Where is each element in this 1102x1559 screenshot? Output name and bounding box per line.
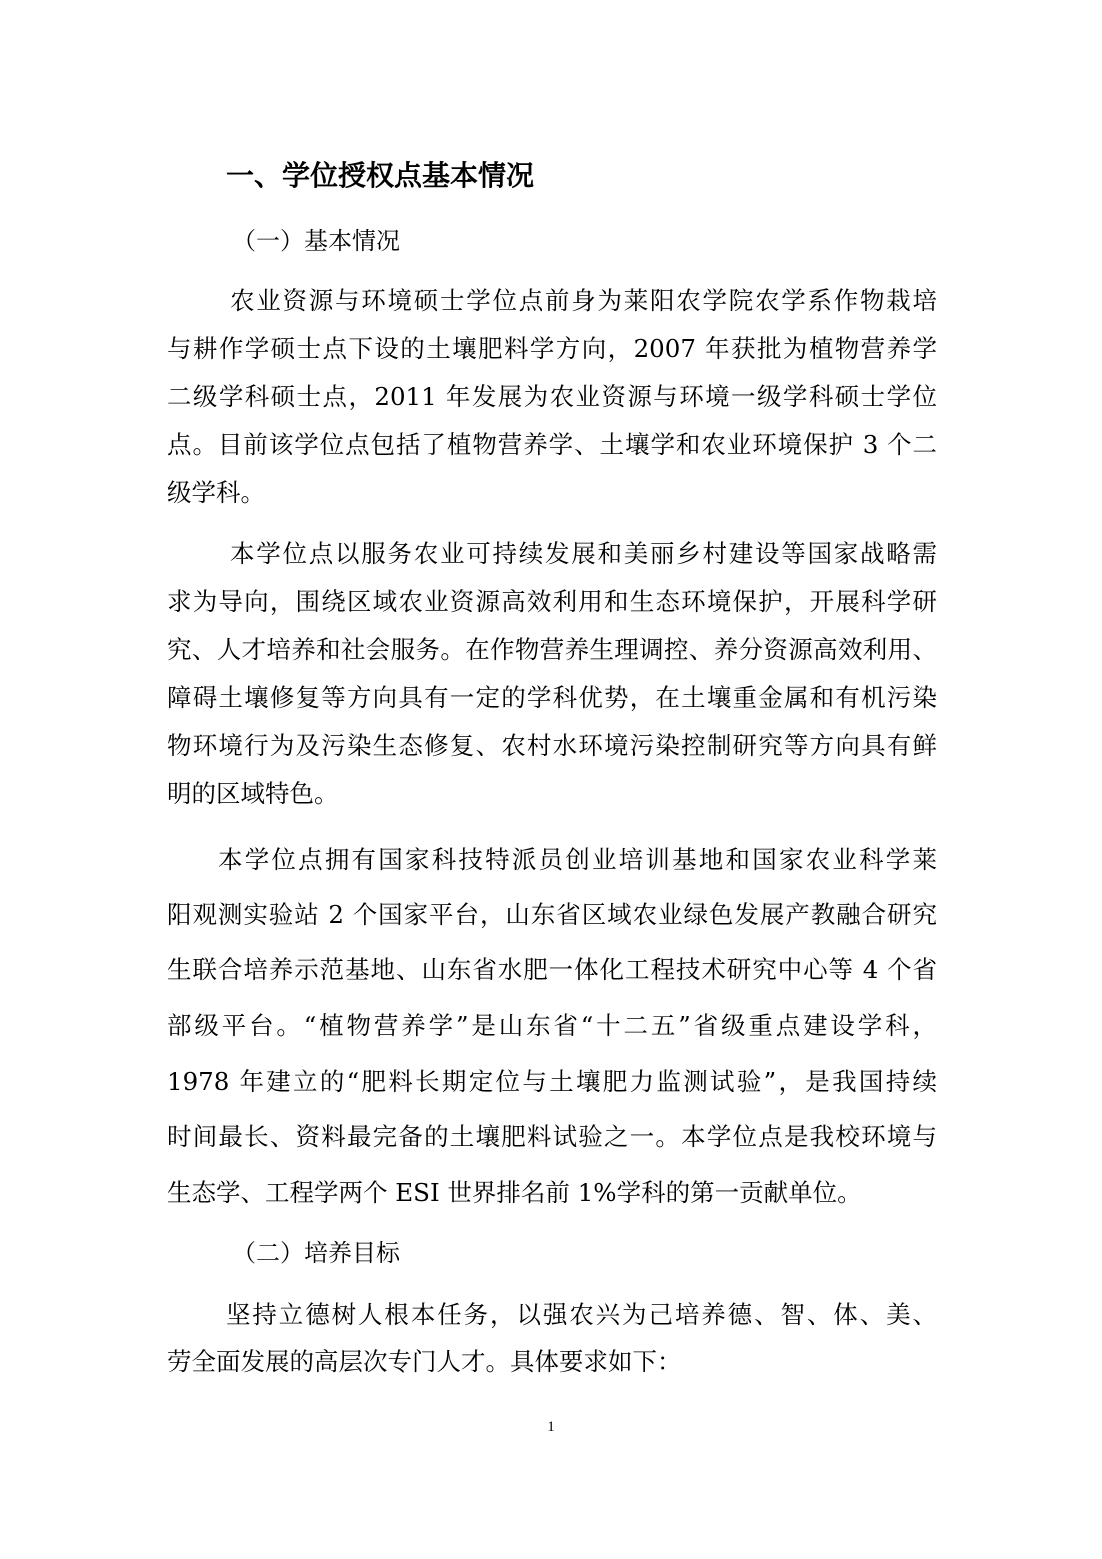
paragraph-line: 障碍土壤修复等方向具有一定的学科优势，在土壤重金属和有机污染 xyxy=(167,681,937,715)
paragraph-line: 阳观测实验站 2 个国家平台，山东省区域农业绿色发展产教融合研究 xyxy=(167,898,937,932)
page-number: 1 xyxy=(0,1417,1102,1437)
chapter-heading: 一、学位授权点基本情况 xyxy=(226,156,534,196)
paragraph-line: 本学位点以服务农业可持续发展和美丽乡村建设等国家战略需 xyxy=(230,537,937,571)
paragraph-line: 时间最长、资料最完备的土壤肥料试验之一。本学位点是我校环境与 xyxy=(167,1120,937,1154)
paragraph-line: 生态学、工程学两个 ESI 世界排名前 1%学科的第一贡献单位。 xyxy=(167,1176,937,1210)
paragraph-line: 级学科。 xyxy=(167,476,937,510)
paragraph-line: 究、人才培养和社会服务。在作物营养生理调控、养分资源高效利用、 xyxy=(167,633,937,667)
section-heading-basic-info: （一）基本情况 xyxy=(232,224,400,258)
paragraph-line: 1978 年建立的“肥料长期定位与土壤肥力监测试验”，是我国持续 xyxy=(167,1065,937,1099)
paragraph-line: 生联合培养示范基地、山东省水肥一体化工程技术研究中心等 4 个省 xyxy=(167,953,937,987)
paragraph-line: 本学位点拥有国家科技特派员创业培训基地和国家农业科学莱 xyxy=(218,843,937,877)
document-page: 一、学位授权点基本情况 （一）基本情况 农业资源与环境硕士学位点前身为莱阳农学院… xyxy=(0,0,1102,1559)
paragraph-line: 坚持立德树人根本任务，以强农兴为己培养德、智、体、美、 xyxy=(226,1298,937,1332)
paragraph-line: 物环境行为及污染生态修复、农村水环境污染控制研究等方向具有鲜 xyxy=(167,729,937,763)
paragraph-line: 求为导向，围绕区域农业资源高效利用和生态环境保护，开展科学研 xyxy=(167,585,937,619)
paragraph-line: 与耕作学硕士点下设的土壤肥料学方向，2007 年获批为植物营养学 xyxy=(167,332,937,366)
paragraph-line: 点。目前该学位点包括了植物营养学、土壤学和农业环境保护 3 个二 xyxy=(167,428,937,462)
paragraph-line: 农业资源与环境硕士学位点前身为莱阳农学院农学系作物栽培 xyxy=(230,284,937,318)
paragraph-line: 明的区域特色。 xyxy=(167,777,937,811)
section-heading-training-goals: （二）培养目标 xyxy=(232,1236,400,1270)
paragraph-line: 二级学科硕士点，2011 年发展为农业资源与环境一级学科硕士学位 xyxy=(167,380,937,414)
paragraph-line: 劳全面发展的高层次专门人才。具体要求如下： xyxy=(167,1345,937,1379)
paragraph-line: 部级平台。“植物营养学”是山东省“十二五”省级重点建设学科， xyxy=(167,1009,937,1043)
